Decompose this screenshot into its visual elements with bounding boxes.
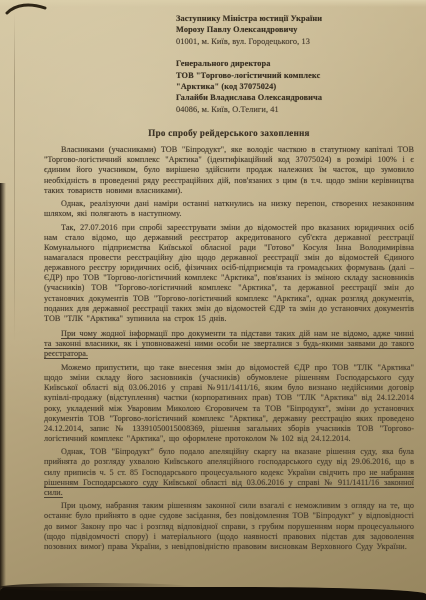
paragraph-court-decision: Можемо припустити, що таке внесення змін… — [44, 363, 414, 444]
table-surface — [0, 587, 426, 600]
recipient-line: Заступнику Міністра юстиції України — [176, 13, 414, 24]
paragraph-no-information-underlined: При чому жодної інформації про документи… — [44, 329, 414, 359]
paragraph-conclusion: При цьому, набрання таким рішенням закон… — [44, 501, 414, 551]
paragraph-ownership: Власниками (учасниками) ТОВ "Біпродукт",… — [44, 145, 414, 195]
sender-line: "Арктика" (код 37075024) — [176, 81, 414, 92]
paragraph-obstacles: Однак, реалізуючи дані наміри останні на… — [44, 199, 414, 219]
sender-line: ТОВ "Торгово-логістичний комплекс — [176, 70, 414, 81]
document-photo: Заступнику Міністра юстиції України Моро… — [0, 0, 426, 600]
sender-address-line: 04086, м. Київ, О.Телиги, 41 — [176, 104, 414, 115]
pen-mark-icon — [5, 1, 49, 16]
letter-page: Заступнику Міністра юстиції України Моро… — [44, 13, 414, 555]
sender-block: Генерального директора ТОВ "Торгово-логі… — [176, 58, 414, 115]
document-title: Про спробу рейдерського захоплення — [44, 128, 414, 138]
paper-crease — [14, 12, 15, 342]
paragraph-appeal-regular: Однак, ТОВ "Біпродукт" було подало апеля… — [44, 447, 414, 476]
paper-top-edge — [0, 0, 426, 7]
recipient-block: Заступнику Міністра юстиції України Моро… — [176, 13, 414, 47]
paragraph-appeal: Однак, ТОВ "Біпродукт" було подало апеля… — [44, 447, 414, 497]
paragraph-registration-attempt: Так, 27.07.2016 при спробі зареєструвати… — [44, 223, 414, 324]
paper-left-edge-shadow — [0, 183, 6, 600]
recipient-address-line: 01001, м. Київ, вул. Городецького, 13 — [176, 36, 414, 47]
sender-line: Генерального директора — [176, 58, 414, 69]
recipient-line: Морозу Павлу Олександровичу — [176, 24, 414, 35]
sender-line: Галайби Владислава Олександровича — [176, 92, 414, 103]
